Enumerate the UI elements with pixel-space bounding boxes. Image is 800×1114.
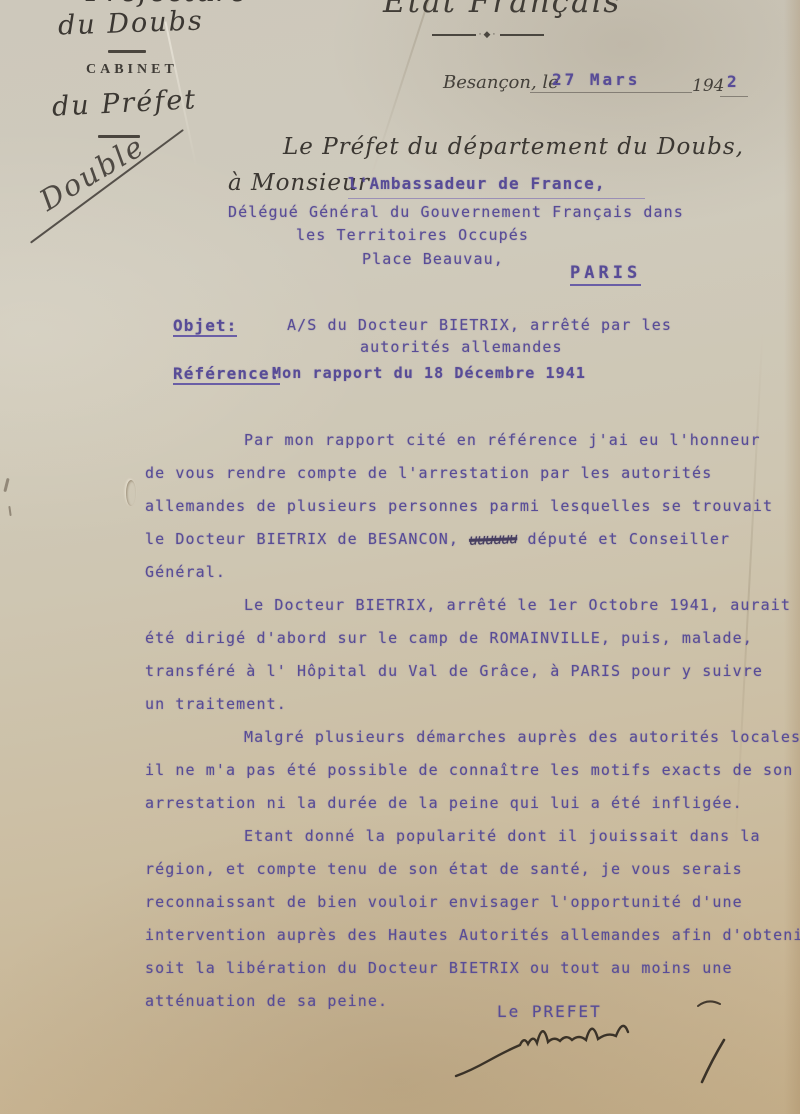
body-line: il ne m'a pas été possible de connaître …: [145, 754, 790, 787]
recipient-name: l'Ambassadeur de France,: [348, 174, 606, 193]
date-fill-line: [530, 92, 692, 93]
body-line: arrestation ni la durée de la peine qui …: [145, 787, 790, 820]
body-line: intervention auprès des Hautes Autorités…: [145, 919, 790, 952]
handwritten-signature: [440, 990, 740, 1100]
body-line: Par mon rapport cité en référence j'ai e…: [145, 424, 790, 457]
reference-text: Mon rapport du 18 Décembre 1941: [272, 364, 586, 382]
recipient-underline: [348, 198, 645, 199]
recipient-role-line1: Délégué Général du Gouvernement Français…: [228, 203, 684, 221]
scribbled-out-word: uuuuuu: [469, 522, 518, 557]
sender-line: Le Préfet du département du Doubs,: [283, 134, 744, 160]
letter-body: Par mon rapport cité en référence j'ai e…: [145, 424, 790, 1018]
diamond-ornament-icon: ·◆·: [476, 30, 501, 40]
objet-label: Objet:: [173, 316, 237, 337]
body-line: Général.: [145, 556, 790, 589]
typed-date: 27 Mars: [552, 70, 640, 89]
body-line-post: député et Conseiller: [517, 530, 730, 548]
year-fill-line: [720, 96, 748, 97]
body-line: soit la libération du Docteur BIETRIX ou…: [145, 952, 790, 985]
recipient-role-line2: les Territoires Occupés: [296, 226, 529, 244]
ornament-line: [432, 34, 476, 36]
reference-label: Référence:: [173, 364, 280, 385]
letterhead-cabinet: CABINET: [86, 62, 178, 78]
body-line: Le Docteur BIETRIX, arrêté le 1er Octobr…: [145, 589, 790, 622]
printed-year-prefix: 194: [692, 76, 724, 96]
body-line: Etant donné la popularité dont il jouiss…: [145, 820, 790, 853]
body-line: transféré à l' Hôpital du Val de Grâce, …: [145, 655, 790, 688]
body-line-with-correction: le Docteur BIETRIX de BESANCON, uuuuuu d…: [145, 523, 790, 556]
paper-dimple: [126, 480, 136, 506]
recipient-city: PARIS: [570, 263, 641, 286]
ornament-line: [500, 34, 544, 36]
body-line: Malgré plusieurs démarches auprès des au…: [145, 721, 790, 754]
objet-text-line2: autorités allemandes: [360, 338, 563, 356]
objet-text-line1: A/S du Docteur BIETRIX, arrêté par les: [287, 316, 672, 334]
ornament-divider: ·◆·: [432, 30, 544, 40]
body-line: été dirigé d'abord sur le camp de ROMAIN…: [145, 622, 790, 655]
body-line: un traitement.: [145, 688, 790, 721]
body-line: allemandes de plusieurs personnes parmi …: [145, 490, 790, 523]
letterhead-department: du Doubs: [58, 5, 205, 41]
body-line: région, et compte tenu de son état de sa…: [145, 853, 790, 886]
body-line: de vous rendre compte de l'arrestation p…: [145, 457, 790, 490]
scanned-letter-page: Préfecture du Doubs CABINET du Préfet Do…: [0, 0, 800, 1114]
typed-year-digit: 2: [727, 72, 738, 91]
body-line-pre: le Docteur BIETRIX de BESANCON,: [145, 530, 469, 548]
place-date-label: Besançon, le: [443, 72, 559, 93]
state-title: État Français: [383, 0, 621, 20]
recipient-street: Place Beauvau,: [362, 250, 504, 268]
body-line: reconnaissant de bien vouloir envisager …: [145, 886, 790, 919]
letterhead-rule: [108, 50, 146, 53]
